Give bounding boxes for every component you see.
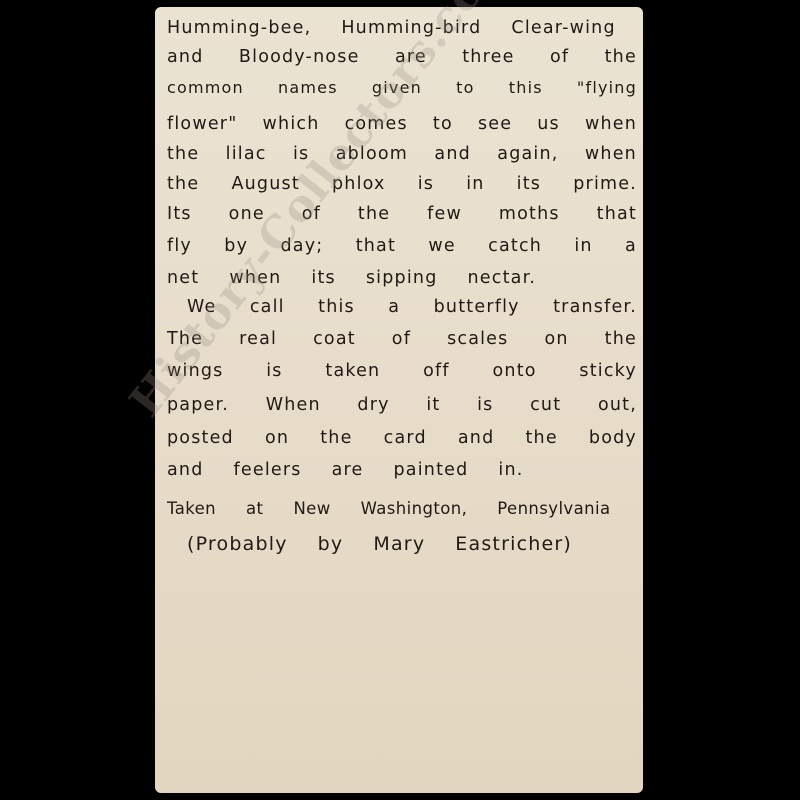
word: few: [427, 203, 462, 225]
text-line-14: postedonthecardandthebody: [167, 427, 637, 449]
text-line-7: Itsoneofthefewmothsthat: [167, 203, 637, 225]
word: posted: [167, 427, 234, 449]
word: when: [585, 143, 637, 165]
word: the: [605, 46, 637, 68]
word: common: [167, 77, 244, 99]
word: real: [239, 328, 277, 350]
word: wings: [167, 360, 224, 382]
word: when: [585, 113, 637, 135]
word: Taken: [167, 498, 216, 520]
word: is: [418, 173, 434, 195]
word: Washington,: [361, 498, 468, 520]
word: is: [293, 143, 309, 165]
word: abloom: [336, 143, 408, 165]
word: the: [358, 203, 390, 225]
word: paper.: [167, 394, 229, 416]
word: Mary: [373, 533, 425, 555]
word: a: [388, 296, 400, 318]
word: that: [356, 235, 396, 257]
text-line-9: netwhenitssippingnectar.: [167, 267, 637, 289]
word: we: [428, 235, 455, 257]
word: prime.: [573, 173, 637, 195]
text-line-15: andfeelersarepaintedin.: [167, 459, 637, 481]
word: Clear-wing: [511, 17, 615, 39]
word: When: [266, 394, 321, 416]
word: comes: [345, 113, 408, 135]
word: of: [302, 203, 321, 225]
word: phlox: [332, 173, 386, 195]
word: the: [525, 427, 557, 449]
word: names: [278, 77, 338, 99]
word: August: [231, 173, 299, 195]
word: which: [263, 113, 320, 135]
word: in: [574, 235, 592, 257]
word: the: [167, 143, 199, 165]
word: at: [246, 498, 263, 520]
word: by: [224, 235, 248, 257]
word: New: [293, 498, 330, 520]
word: this: [318, 296, 355, 318]
word: in: [466, 173, 484, 195]
word: of: [550, 46, 569, 68]
text-line-12: wingsistakenoffontosticky: [167, 360, 637, 382]
word: coat: [313, 328, 356, 350]
word: given: [372, 77, 422, 99]
text-line-2: andBloody-nosearethreeofthe: [167, 46, 637, 68]
word: its: [311, 267, 335, 289]
word: this: [509, 77, 543, 99]
word: flower": [167, 113, 237, 135]
word: and: [458, 427, 495, 449]
word: cut: [530, 394, 561, 416]
word: Humming-bee,: [167, 17, 311, 39]
word: of: [392, 328, 411, 350]
word: it: [426, 394, 440, 416]
word: scales: [447, 328, 508, 350]
word: card: [384, 427, 427, 449]
word: transfer.: [553, 296, 637, 318]
word: fly: [167, 235, 192, 257]
word: dry: [357, 394, 389, 416]
text-line-16: TakenatNewWashington,Pennsylvania: [167, 498, 637, 520]
word: on: [544, 328, 568, 350]
text-line-4: flower"whichcomestoseeuswhen: [167, 113, 637, 135]
text-line-10: Wecallthisabutterflytransfer.: [167, 296, 637, 318]
word: The: [167, 328, 203, 350]
word: on: [265, 427, 289, 449]
word: the: [605, 328, 637, 350]
word: catch: [488, 235, 542, 257]
word: net: [167, 267, 199, 289]
word: feelers: [234, 459, 302, 481]
handwritten-card: Humming-bee,Humming-birdClear-wing andBl…: [155, 7, 643, 793]
word: lilac: [226, 143, 267, 165]
word: is: [477, 394, 493, 416]
word: when: [229, 267, 281, 289]
word: to: [456, 77, 474, 99]
text-line-11: Therealcoatofscalesonthe: [167, 328, 637, 350]
word: call: [250, 296, 285, 318]
text-line-1: Humming-bee,Humming-birdClear-wing: [167, 17, 637, 39]
word: sticky: [579, 360, 637, 382]
word: its: [517, 173, 541, 195]
word: off: [423, 360, 450, 382]
word: to: [433, 113, 453, 135]
word: painted: [393, 459, 468, 481]
word: Humming-bird: [341, 17, 481, 39]
text-line-17: (ProbablybyMaryEastricher): [167, 533, 637, 555]
word: the: [320, 427, 352, 449]
word: Pennsylvania: [497, 498, 610, 520]
text-line-6: theAugustphloxisinitsprime.: [167, 173, 637, 195]
word: are: [332, 459, 364, 481]
text-line-5: thelilacisabloomandagain,when: [167, 143, 637, 165]
word: nectar.: [468, 267, 537, 289]
word: sipping: [366, 267, 438, 289]
word: us: [537, 113, 560, 135]
word: out,: [598, 394, 637, 416]
word: and: [167, 46, 204, 68]
word: three: [462, 46, 514, 68]
word: by: [318, 533, 344, 555]
word: in.: [498, 459, 523, 481]
word: Eastricher): [455, 533, 572, 555]
word: Its: [167, 203, 192, 225]
word: Bloody-nose: [239, 46, 360, 68]
word: are: [395, 46, 427, 68]
word: and: [167, 459, 204, 481]
word: one: [229, 203, 265, 225]
word: a: [625, 235, 637, 257]
word: day;: [280, 235, 323, 257]
word: see: [478, 113, 512, 135]
word: "flying: [577, 77, 637, 99]
word: (Probably: [187, 533, 288, 555]
text-line-13: paper.Whendryitiscutout,: [167, 394, 637, 416]
word: We: [187, 296, 216, 318]
text-line-8: flybyday;thatwecatchina: [167, 235, 637, 257]
word: taken: [325, 360, 380, 382]
word: again,: [497, 143, 558, 165]
word: butterfly: [434, 296, 520, 318]
word: and: [434, 143, 471, 165]
word: is: [266, 360, 282, 382]
text-line-3: commonnamesgiventothis"flying: [167, 77, 637, 99]
word: onto: [493, 360, 537, 382]
word: body: [589, 427, 637, 449]
word: that: [597, 203, 637, 225]
word: moths: [499, 203, 560, 225]
word: the: [167, 173, 199, 195]
